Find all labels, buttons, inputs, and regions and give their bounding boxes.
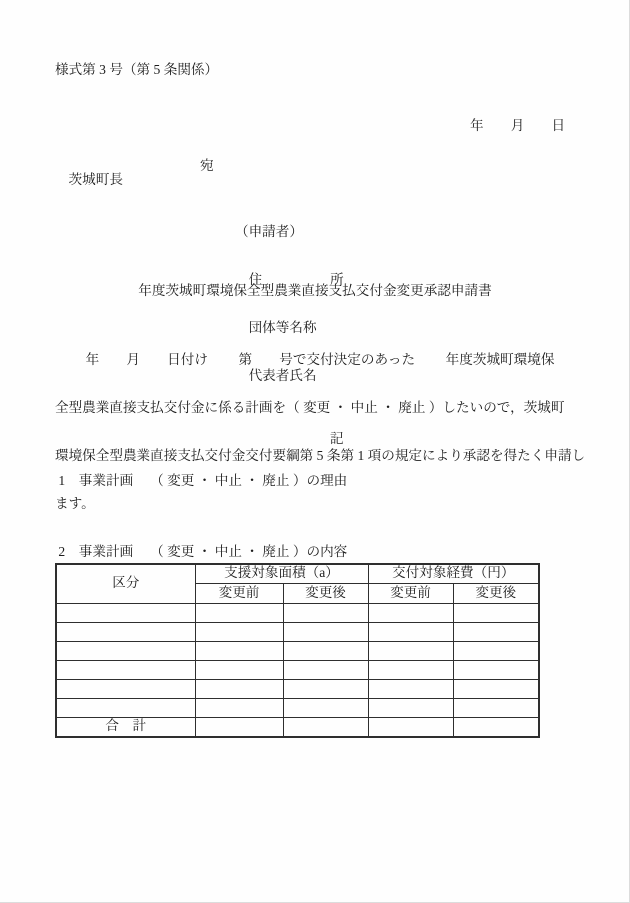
section-2-heading: 2 事業計画 （ 変更 ・ 中止 ・ 廃止 ）の内容	[55, 545, 347, 559]
area-after-cell	[283, 698, 368, 717]
cost-before-cell	[368, 698, 453, 717]
total-label-cell: 合 計	[56, 717, 195, 737]
col-header-support-area: 支援対象面積（a）	[195, 564, 368, 583]
addressee-name: 茨城町長	[69, 172, 123, 187]
category-cell	[56, 641, 195, 660]
table-row	[56, 660, 539, 679]
addressee-suffix: 宛	[200, 159, 214, 173]
area-before-cell	[195, 603, 283, 622]
table-header-group-row: 区分 支援対象面積（a） 交付対象経費（円）	[56, 564, 539, 583]
cost-before-total-cell	[368, 717, 453, 737]
col-subheader-cost-before: 変更前	[368, 583, 453, 603]
cost-before-cell	[368, 603, 453, 622]
area-before-total-cell	[195, 717, 283, 737]
area-after-cell	[283, 603, 368, 622]
record-marker: 記	[330, 432, 344, 446]
cost-after-cell	[453, 679, 539, 698]
cost-before-cell	[368, 622, 453, 641]
form-number: 様式第 3 号（第 5 条関係）	[55, 63, 218, 77]
table-body: 合 計	[56, 603, 539, 737]
area-before-cell	[195, 641, 283, 660]
body-line: 年 月 日付け 第 号で交付決定のあった 年度茨城町環境保	[55, 350, 585, 370]
table-row	[56, 641, 539, 660]
category-cell	[56, 622, 195, 641]
cost-after-total-cell	[453, 717, 539, 737]
section-1-heading: 1 事業計画 （ 変更 ・ 中止 ・ 廃止 ）の理由	[55, 474, 347, 488]
cost-after-cell	[453, 603, 539, 622]
area-before-cell	[195, 660, 283, 679]
table-row	[56, 603, 539, 622]
cost-after-cell	[453, 622, 539, 641]
area-before-cell	[195, 622, 283, 641]
application-form-page: 様式第 3 号（第 5 条関係） 年 月 日 茨城町長 宛 （申請者） 住 所 …	[0, 0, 630, 903]
area-after-total-cell	[283, 717, 368, 737]
body-paragraph: 年 月 日付け 第 号で交付決定のあった 年度茨城町環境保 全型農業直接支払交付…	[55, 322, 585, 542]
body-line: 全型農業直接支払交付金に係る計画を（ 変更 ・ 中止 ・ 廃止 ）したいので，茨…	[55, 398, 585, 418]
col-subheader-area-after: 変更後	[283, 583, 368, 603]
table-row	[56, 698, 539, 717]
table-row	[56, 679, 539, 698]
cost-before-cell	[368, 641, 453, 660]
col-header-grant-cost: 交付対象経費（円）	[368, 564, 539, 583]
addressee-line: 茨城町長 宛	[55, 159, 123, 215]
category-cell	[56, 603, 195, 622]
category-cell	[56, 679, 195, 698]
date-line: 年 月 日	[470, 119, 565, 133]
table-row	[56, 622, 539, 641]
cost-after-cell	[453, 641, 539, 660]
body-line: ます。	[55, 494, 585, 514]
area-after-cell	[283, 660, 368, 679]
table-total-row: 合 計	[56, 717, 539, 737]
area-after-cell	[283, 622, 368, 641]
area-before-cell	[195, 679, 283, 698]
area-after-cell	[283, 641, 368, 660]
body-line: 環境保全型農業直接支払交付金交付要綱第 5 条第 1 項の規定により承認を得たく…	[55, 446, 585, 466]
applicant-label: （申請者）	[235, 222, 344, 242]
document-title: 年度茨城町環境保全型農業直接支払交付金変更承認申請書	[0, 284, 630, 298]
cost-after-cell	[453, 698, 539, 717]
area-after-cell	[283, 679, 368, 698]
col-header-category: 区分	[56, 564, 195, 603]
area-before-cell	[195, 698, 283, 717]
col-subheader-cost-after: 変更後	[453, 583, 539, 603]
cost-before-cell	[368, 679, 453, 698]
col-subheader-area-before: 変更前	[195, 583, 283, 603]
category-cell	[56, 698, 195, 717]
cost-after-cell	[453, 660, 539, 679]
cost-before-cell	[368, 660, 453, 679]
plan-change-table: 区分 支援対象面積（a） 交付対象経費（円） 変更前 変更後 変更前 変更後	[55, 563, 540, 738]
category-cell	[56, 660, 195, 679]
